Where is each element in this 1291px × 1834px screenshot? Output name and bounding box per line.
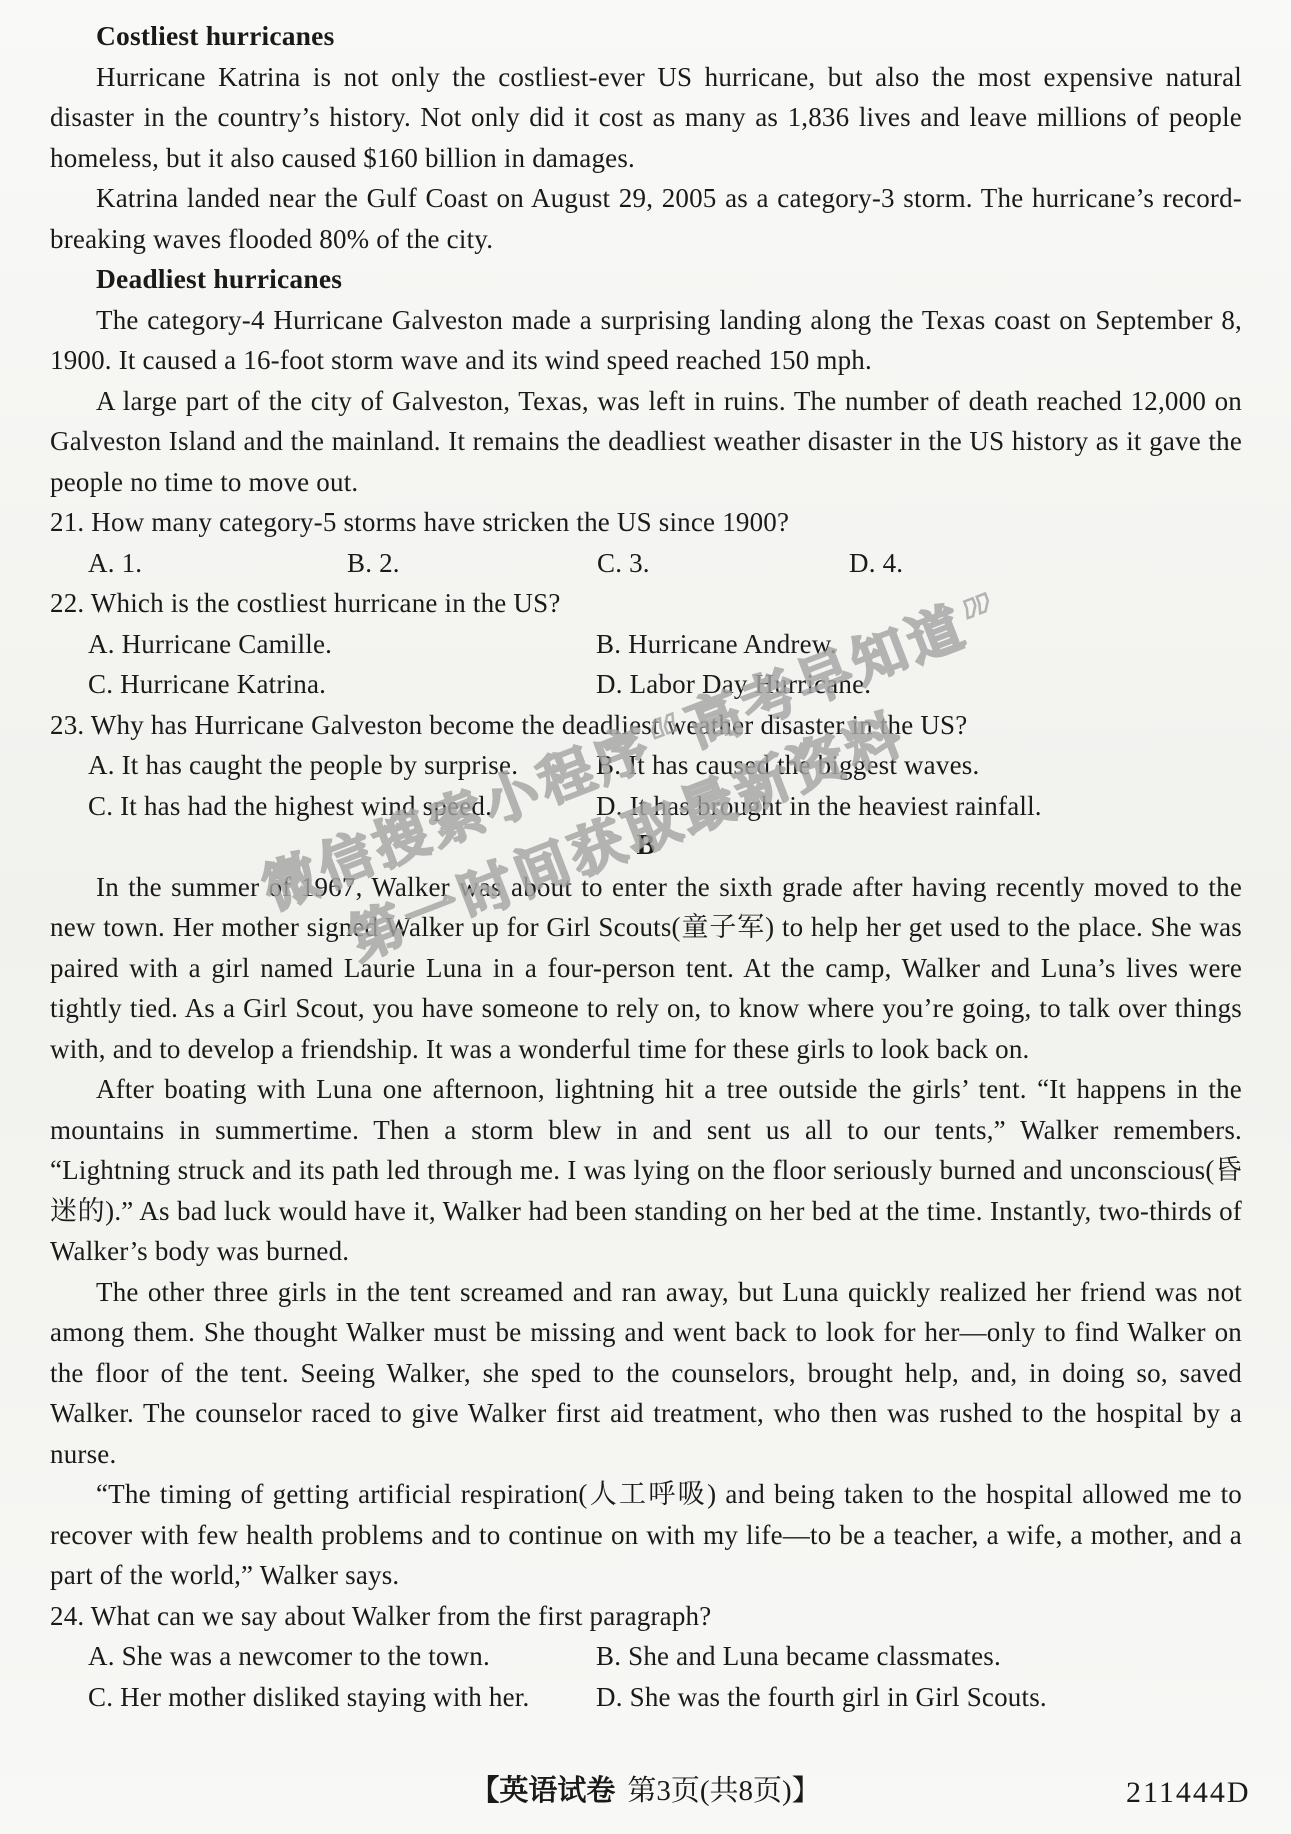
question-24-option-c: C. Her mother disliked staying with her. — [88, 1677, 596, 1718]
question-21: 21. How many category-5 storms have stri… — [50, 502, 1242, 583]
question-23-option-a: A. It has caught the people by surprise. — [88, 745, 596, 786]
question-21-option-c: C. 3. — [597, 543, 849, 584]
passage-a-paragraph-4: A large part of the city of Galveston, T… — [50, 381, 1242, 503]
footer-page-number: 第3页(共8页)】 — [627, 1775, 820, 1807]
exam-page-content: Costliest hurricanes Hurricane Katrina i… — [50, 16, 1242, 1717]
question-23: 23. Why has Hurricane Galveston become t… — [50, 705, 1242, 827]
passage-b-paragraph-3: The other three girls in the tent scream… — [50, 1272, 1242, 1475]
question-21-option-b: B. 2. — [347, 543, 597, 584]
question-22-option-c: C. Hurricane Katrina. — [88, 664, 596, 705]
question-21-option-a: A. 1. — [88, 543, 347, 584]
heading-costliest-hurricanes: Costliest hurricanes — [50, 16, 1242, 57]
question-24-option-b: B. She and Luna became classmates. — [596, 1636, 1242, 1677]
section-b-label: B — [50, 826, 1242, 867]
question-22-stem: 22. Which is the costliest hurricane in … — [50, 583, 1242, 624]
passage-a-paragraph-1: Hurricane Katrina is not only the costli… — [50, 57, 1242, 179]
question-24: 24. What can we say about Walker from th… — [50, 1596, 1242, 1718]
question-22-options: A. Hurricane Camille. B. Hurricane Andre… — [50, 624, 1242, 705]
heading-deadliest-hurricanes: Deadliest hurricanes — [50, 259, 1242, 300]
passage-a-paragraph-3: The category-4 Hurricane Galveston made … — [50, 300, 1242, 381]
footer-paper-title: 【英语试卷 — [470, 1773, 615, 1807]
question-23-options: A. It has caught the people by surprise.… — [50, 745, 1242, 826]
question-22-option-b: B. Hurricane Andrew. — [596, 624, 1242, 665]
question-24-option-a: A. She was a newcomer to the town. — [88, 1636, 596, 1677]
question-22-option-d: D. Labor Day Hurricane. — [596, 664, 1242, 705]
question-21-options: A. 1. B. 2. C. 3. D. 4. — [50, 543, 1242, 584]
paper-code: 211444D — [1126, 1776, 1251, 1810]
page-footer: 【英语试卷第3页(共8页)】 — [0, 1768, 1291, 1809]
question-24-stem: 24. What can we say about Walker from th… — [50, 1596, 1242, 1637]
passage-b-paragraph-4: “The timing of getting artificial respir… — [50, 1474, 1242, 1596]
question-23-option-d: D. It has brought in the heaviest rainfa… — [596, 786, 1242, 827]
question-22: 22. Which is the costliest hurricane in … — [50, 583, 1242, 705]
question-21-stem: 21. How many category-5 storms have stri… — [50, 502, 1242, 543]
question-22-option-a: A. Hurricane Camille. — [88, 624, 596, 665]
passage-b-paragraph-2: After boating with Luna one afternoon, l… — [50, 1069, 1242, 1272]
question-24-options: A. She was a newcomer to the town. B. Sh… — [50, 1636, 1242, 1717]
question-23-option-b: B. It has caused the biggest waves. — [596, 745, 1242, 786]
passage-a-paragraph-2: Katrina landed near the Gulf Coast on Au… — [50, 178, 1242, 259]
question-24-option-d: D. She was the fourth girl in Girl Scout… — [596, 1677, 1242, 1718]
question-21-option-d: D. 4. — [849, 543, 1242, 584]
question-23-stem: 23. Why has Hurricane Galveston become t… — [50, 705, 1242, 746]
passage-b-paragraph-1: In the summer of 1967, Walker was about … — [50, 867, 1242, 1070]
question-23-option-c: C. It has had the highest wind speed. — [88, 786, 596, 827]
